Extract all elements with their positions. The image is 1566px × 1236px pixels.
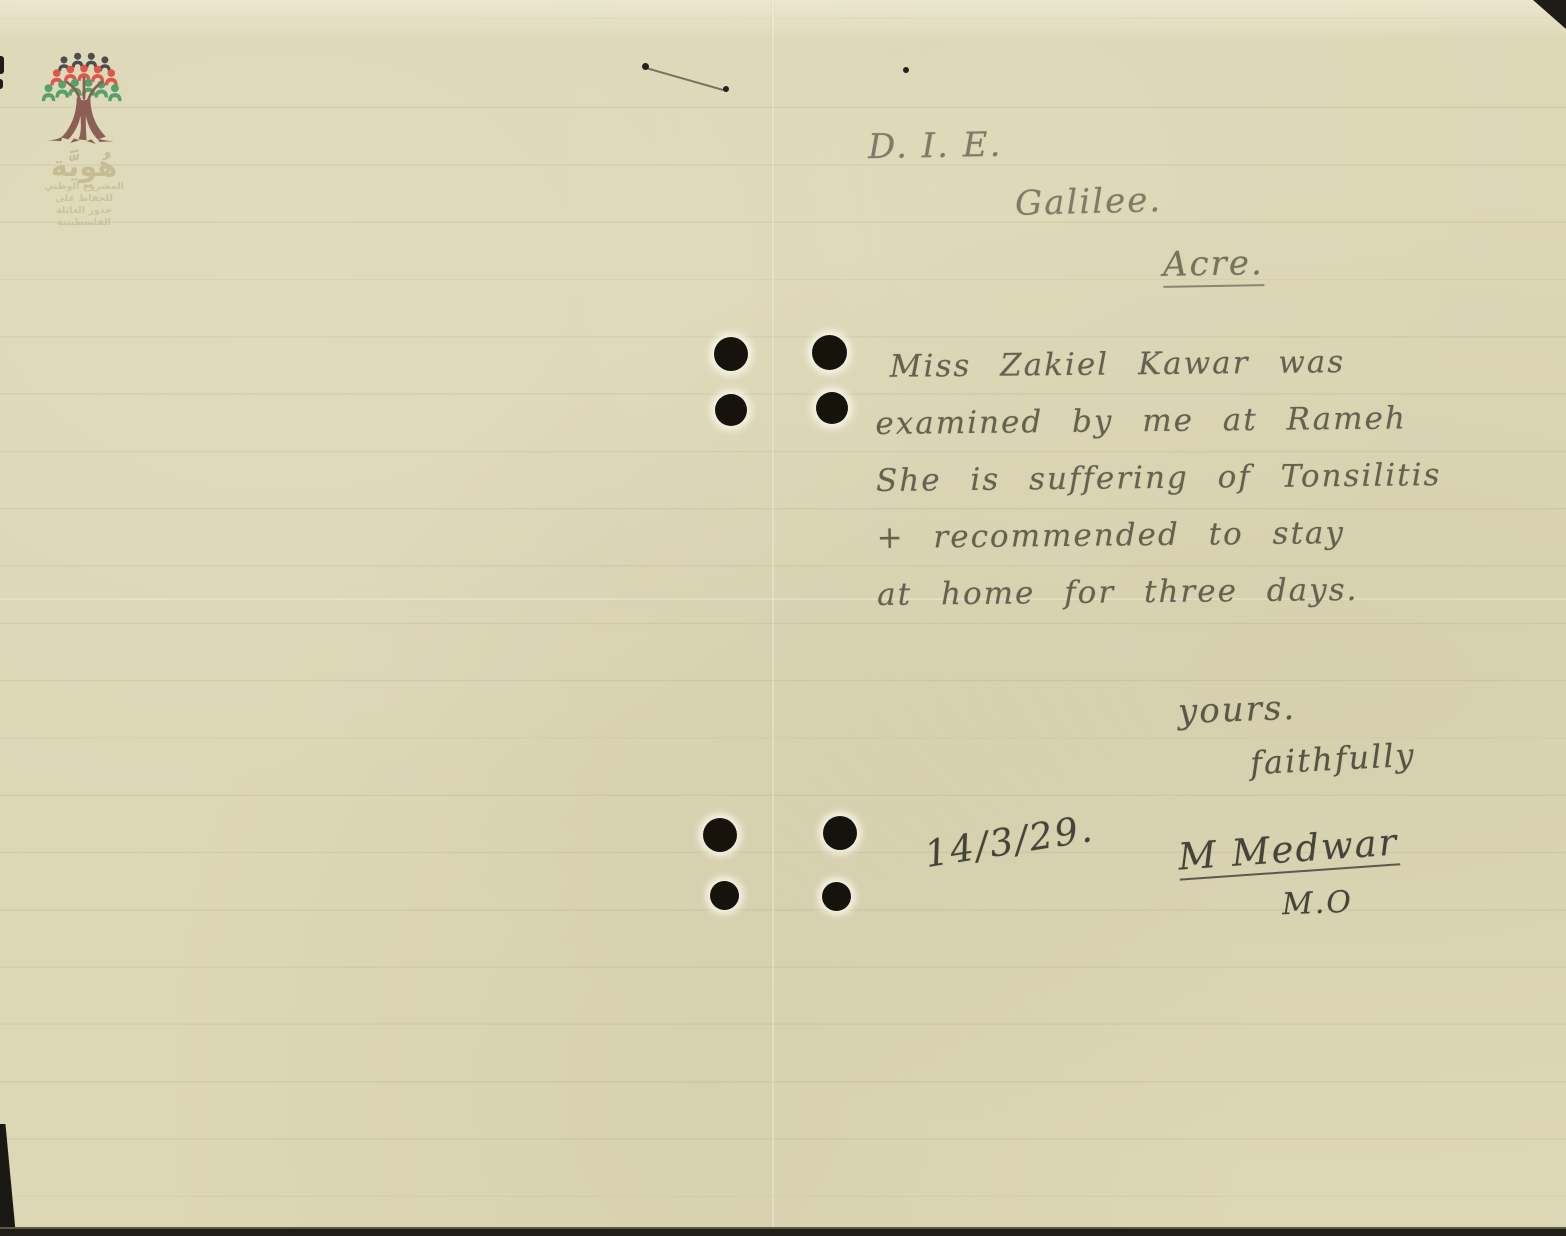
scan-edge-speck [0, 56, 4, 74]
scan-edge-bottom [0, 1227, 1566, 1236]
letter-date: 14/3/29. [922, 807, 1097, 876]
pin-hole-mark [903, 67, 909, 73]
letter-closing-faithfully: faithfully [1249, 736, 1416, 783]
signature-title-medical-officer: M.O [1281, 885, 1353, 922]
scan-edge-bottom-left [0, 1124, 16, 1236]
pin-scratch-mark [645, 67, 726, 92]
letter-body-line: Miss Zakiel Kawar was [890, 333, 1441, 396]
pin-hole-mark [642, 63, 649, 70]
letter-body: Miss Zakiel Kawar was examined by me at … [875, 333, 1443, 624]
logo-tagline-line2: جذور العائلة الفلسطينية [28, 205, 140, 229]
letter-body-line: examined by me at Rameh [875, 390, 1441, 453]
letter-body-line: at home for three days. [877, 561, 1443, 624]
signature: M Medwar [1177, 820, 1400, 880]
punch-hole [703, 818, 737, 852]
punch-hole [710, 881, 739, 910]
scanned-letter-page: هُوِيَّة المشروع الوطني للحفاظ على جذور … [0, 0, 1566, 1236]
letter-closing-yours: yours. [1177, 688, 1296, 732]
punch-hole [715, 394, 747, 426]
paper-top-light-band [0, 0, 1566, 42]
letter-heading-town: Acre. [1163, 243, 1265, 288]
letter-heading-district: Galilee. [1015, 180, 1163, 224]
logo-arabic-wordmark: هُوِيَّة [28, 151, 140, 181]
scan-edge-speck [0, 79, 3, 89]
family-tree-icon [34, 50, 134, 145]
letter-body-line: She is suffering of Tonsilitis [876, 447, 1442, 510]
punch-hole [816, 392, 848, 424]
letter-body-line: + recommended to stay [876, 504, 1442, 567]
punch-hole [714, 337, 748, 371]
logo-tagline-line1: المشروع الوطني للحفاظ على [28, 181, 140, 205]
pin-hole-mark [723, 86, 729, 92]
punch-hole [823, 816, 857, 850]
huwiyya-archive-logo: هُوِيَّة المشروع الوطني للحفاظ على جذور … [28, 50, 140, 229]
punch-hole [812, 335, 847, 370]
letter-heading-department: D. I. E. [868, 125, 1003, 167]
vertical-fold-line [771, 0, 775, 1236]
punch-hole [822, 882, 851, 911]
